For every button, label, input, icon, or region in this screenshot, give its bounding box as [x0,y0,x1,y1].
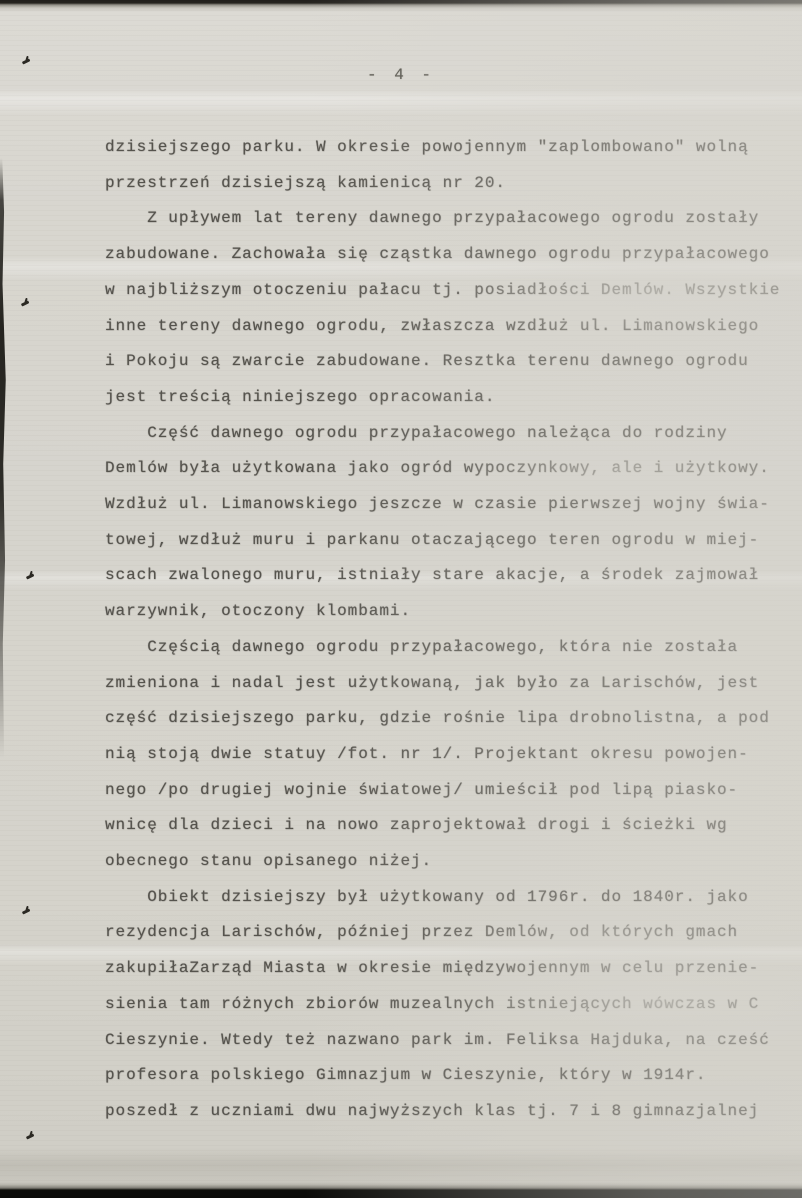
ink-speck [26,1131,36,1139]
paragraph-4: Częścią dawnego ogrodu przypałacowego, k… [105,630,795,880]
ink-speck [22,56,32,64]
document-body: dzisiejszego parku. W okresie powojennym… [105,130,795,1130]
scanned-page: - 4 - dzisiejszego parku. W okresie powo… [0,0,802,1198]
page-number: - 4 - [0,66,802,84]
paragraph-continuation: dzisiejszego parku. W okresie powojennym… [105,130,795,201]
paragraph-3: Część dawnego ogrodu przypałacowego nale… [105,416,795,630]
paragraph-2: Z upływem lat tereny dawnego przypałacow… [105,201,795,415]
scan-edge-top [0,0,802,12]
ink-speck [21,298,31,306]
scan-edge-bottom [0,1182,802,1198]
paragraph-5: Obiekt dzisiejszy był użytkowany od 1796… [105,880,795,1130]
ink-speck [22,906,32,914]
ink-speck [26,571,36,579]
scan-edge-left [0,158,7,758]
